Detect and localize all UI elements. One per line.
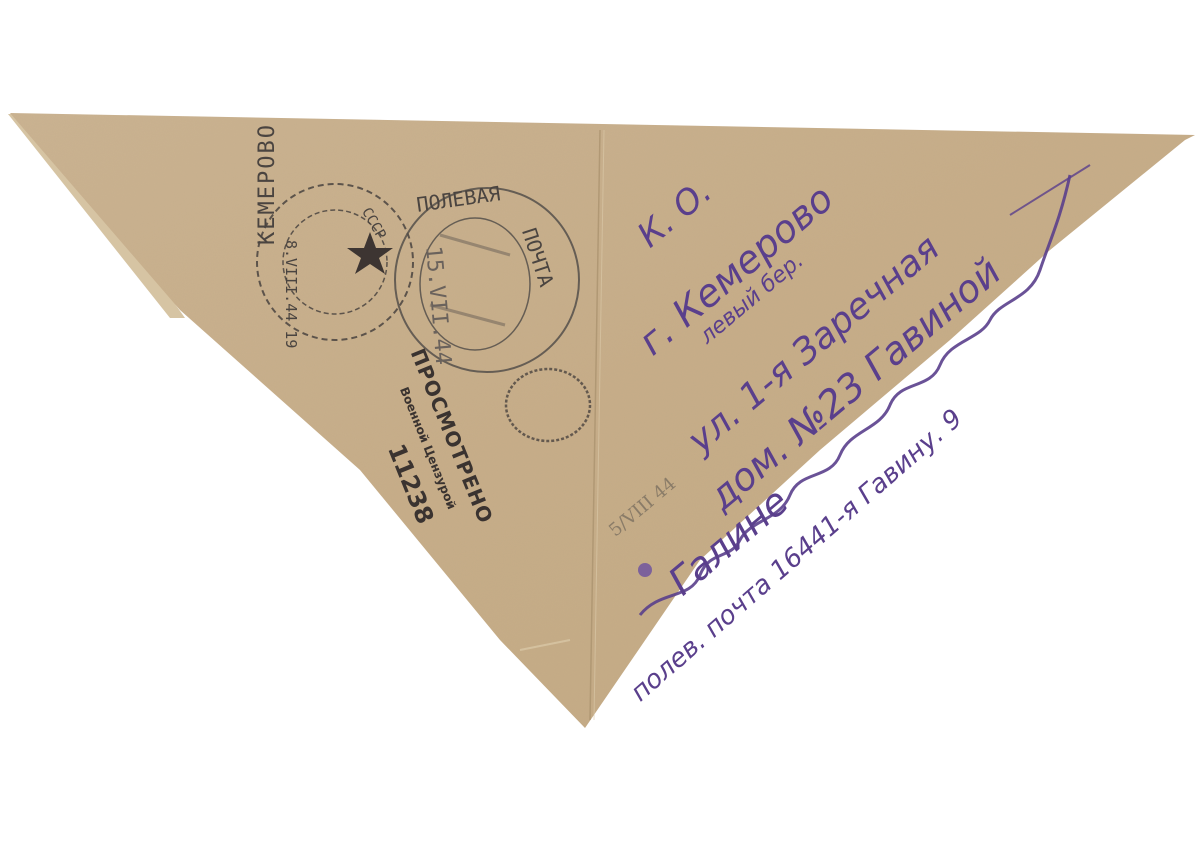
letter-paper <box>0 0 1200 850</box>
kemerovo-stamp-date: 8.VIII.44 19 <box>282 240 300 348</box>
kemerovo-stamp-city: КЕМЕРОВО <box>255 123 280 245</box>
letter-scan: КЕМЕРОВО СССР 8.VIII.44 19 ПОЛЕВАЯ ПОЧТА… <box>0 0 1200 850</box>
